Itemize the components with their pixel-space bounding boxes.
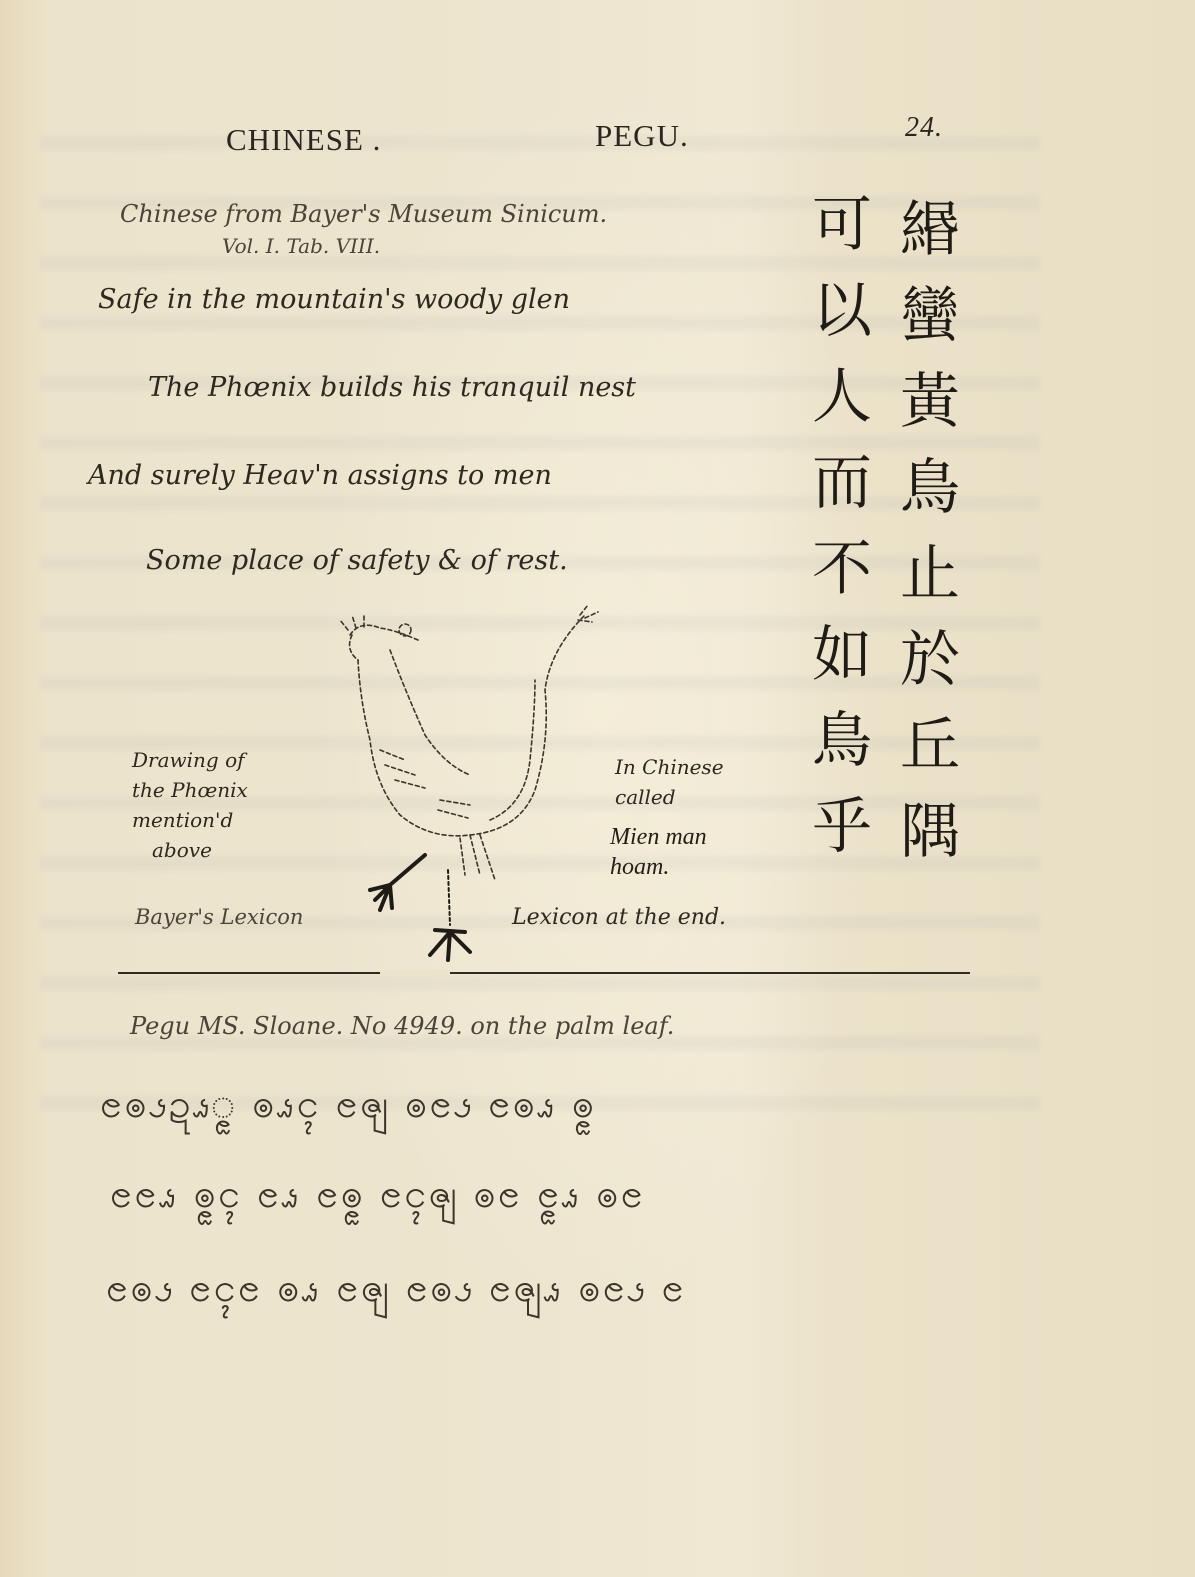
header-left-title: CHINESE . [226,122,381,158]
section-divider [118,972,970,974]
chinese-char: 可 [812,195,872,281]
divider-gap [380,970,450,976]
chinese-char: 乎 [812,797,872,883]
pegu-source-line: Pegu MS. Sloane. No 4949. on the palm le… [130,1012,674,1040]
pegu-script-line-2: ၔၔၗ ၜၙၚ ၔၗ ၔၜၙ ၔၚၛ ၜၔ ၔၙၗ ၜၔ [110,1168,645,1227]
chinese-char: 不 [812,539,872,625]
chinese-source-line-1: Chinese from Bayer's Museum Sinicum. [120,200,607,228]
chinese-char: 蠻 [900,286,960,372]
chinese-column-left: 可 以 人 而 不 如 鳥 乎 [812,195,872,883]
caption-line: In Chinese [615,752,724,782]
chinese-char: 鳥 [900,458,960,544]
footnote-right: Lexicon at the end. [512,905,726,930]
chinese-char: 如 [812,625,872,711]
drawing-caption-left: Drawing of the Phœnix mention'd above [132,745,248,865]
poem-line-4: Some place of safety & of rest. [146,545,568,576]
chinese-char: 於 [900,630,960,716]
chinese-char: 而 [812,453,872,539]
header-center-title: PEGU. [595,118,689,154]
page-number: 24. [905,112,943,144]
bird-name: Mien man hoam. [610,822,707,882]
bird-name-line: Mien man [610,822,707,852]
caption-line: called [615,782,724,812]
chinese-char: 鳥 [812,711,872,797]
chinese-char: 黃 [900,372,960,458]
poem-line-3: And surely Heav'n assigns to men [88,460,552,491]
pegu-script-line-3: ၔၜၖ ၔၚၔ ၜၗ ၔၛ ၔၜၖ ၔၛၗ ၜၔၖ ၔ [106,1262,686,1321]
chinese-char: 丘 [900,716,960,802]
chinese-source-line-2: Vol. I. Tab. VIII. [222,234,380,258]
bird-name-line: hoam. [610,852,707,882]
chinese-column-right: 緡 蠻 黃 鳥 止 於 丘 隅 [900,200,960,888]
chinese-char: 人 [812,367,872,453]
chinese-char: 以 [812,281,872,367]
drawing-caption-right: In Chinese called [615,752,724,812]
chinese-char: 緡 [900,200,960,286]
chinese-char: 隅 [900,802,960,888]
caption-line: Drawing of [132,745,248,775]
pegu-script-line-1: ၔၜၖဍၗၙ ၜၗၚ ၔၛ ၜၔၖ ၔၜၗ ၜၙ [100,1078,596,1137]
footnote-left: Bayer's Lexicon [135,905,303,929]
poem-line-1: Safe in the mountain's woody glen [98,284,570,315]
chinese-char: 止 [900,544,960,630]
poem-line-2: The Phœnix builds his tranquil nest [148,372,636,403]
caption-line: above [132,835,248,865]
caption-line: mention'd [132,805,248,835]
caption-line: the Phœnix [132,775,248,805]
